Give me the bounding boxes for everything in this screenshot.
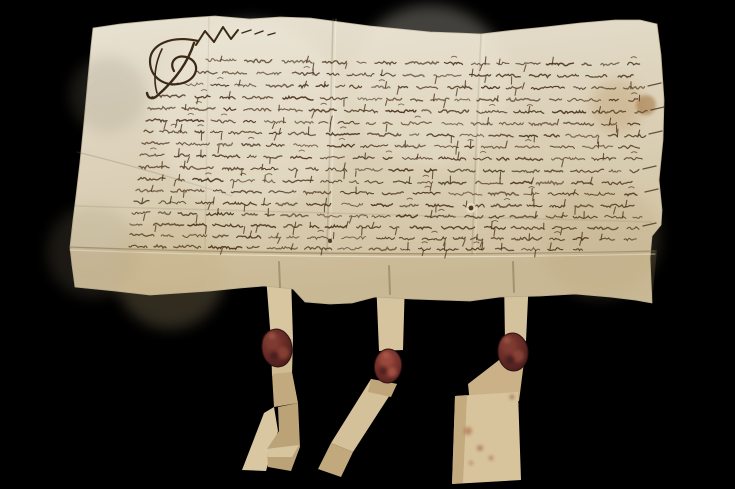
ascender-stroke bbox=[532, 188, 533, 195]
descender-stroke bbox=[221, 133, 222, 139]
sheen-top-left bbox=[155, 20, 345, 210]
wax-seal-1-blob-b bbox=[277, 347, 289, 359]
descender-stroke bbox=[456, 148, 457, 155]
ink-blot bbox=[328, 239, 332, 243]
tag-stain-1 bbox=[464, 427, 472, 435]
ascender-stroke bbox=[465, 81, 466, 89]
ascender-stroke bbox=[185, 104, 186, 109]
descender-stroke bbox=[356, 171, 357, 176]
wormhole bbox=[469, 206, 474, 211]
tag-slit-shadow-3 bbox=[513, 262, 514, 292]
wax-seal-3-highlight bbox=[504, 337, 511, 344]
wax-seal-2-blob-b bbox=[387, 367, 397, 377]
ascender-stroke bbox=[444, 243, 445, 250]
tag-stain-5 bbox=[510, 395, 515, 400]
wax-seal-2-highlight bbox=[383, 352, 389, 358]
ascender-stroke bbox=[179, 175, 180, 181]
parchment-and-tags-layer bbox=[47, 5, 664, 484]
seal-tag-1-lower bbox=[272, 372, 298, 407]
tag-stain-2 bbox=[477, 445, 483, 451]
descender-stroke bbox=[533, 195, 534, 201]
smudge-left-top bbox=[70, 57, 146, 133]
ascender-stroke bbox=[162, 162, 163, 169]
ascender-stroke bbox=[409, 177, 410, 184]
wax-seal-1-highlight bbox=[269, 333, 276, 340]
wax-seal-1-blob-c bbox=[270, 352, 279, 361]
charter-photo bbox=[0, 0, 735, 489]
descender-stroke bbox=[244, 205, 245, 212]
tag-stain-4 bbox=[469, 461, 473, 465]
ascender-stroke bbox=[623, 212, 624, 218]
descender-stroke bbox=[270, 158, 271, 164]
ascender-stroke bbox=[265, 175, 266, 182]
ascender-stroke bbox=[501, 243, 502, 250]
sheen-center bbox=[350, 5, 510, 165]
photo-stage bbox=[0, 0, 735, 489]
ascender-stroke bbox=[333, 233, 334, 239]
wax-seal-3-blob-c bbox=[506, 356, 515, 365]
descender-stroke bbox=[183, 192, 184, 198]
tag-slit-shadow-1 bbox=[279, 262, 280, 287]
ascender-stroke bbox=[491, 221, 492, 229]
tag-stain-3 bbox=[489, 456, 494, 461]
shade-right-lower bbox=[540, 178, 660, 298]
descender-stroke bbox=[362, 228, 363, 235]
ascender-stroke bbox=[470, 140, 471, 147]
wax-seal-2-blob-c bbox=[379, 367, 387, 375]
descender-stroke bbox=[241, 170, 242, 176]
tag-slit-shadow-2 bbox=[389, 266, 390, 294]
ascender-stroke bbox=[617, 129, 618, 137]
